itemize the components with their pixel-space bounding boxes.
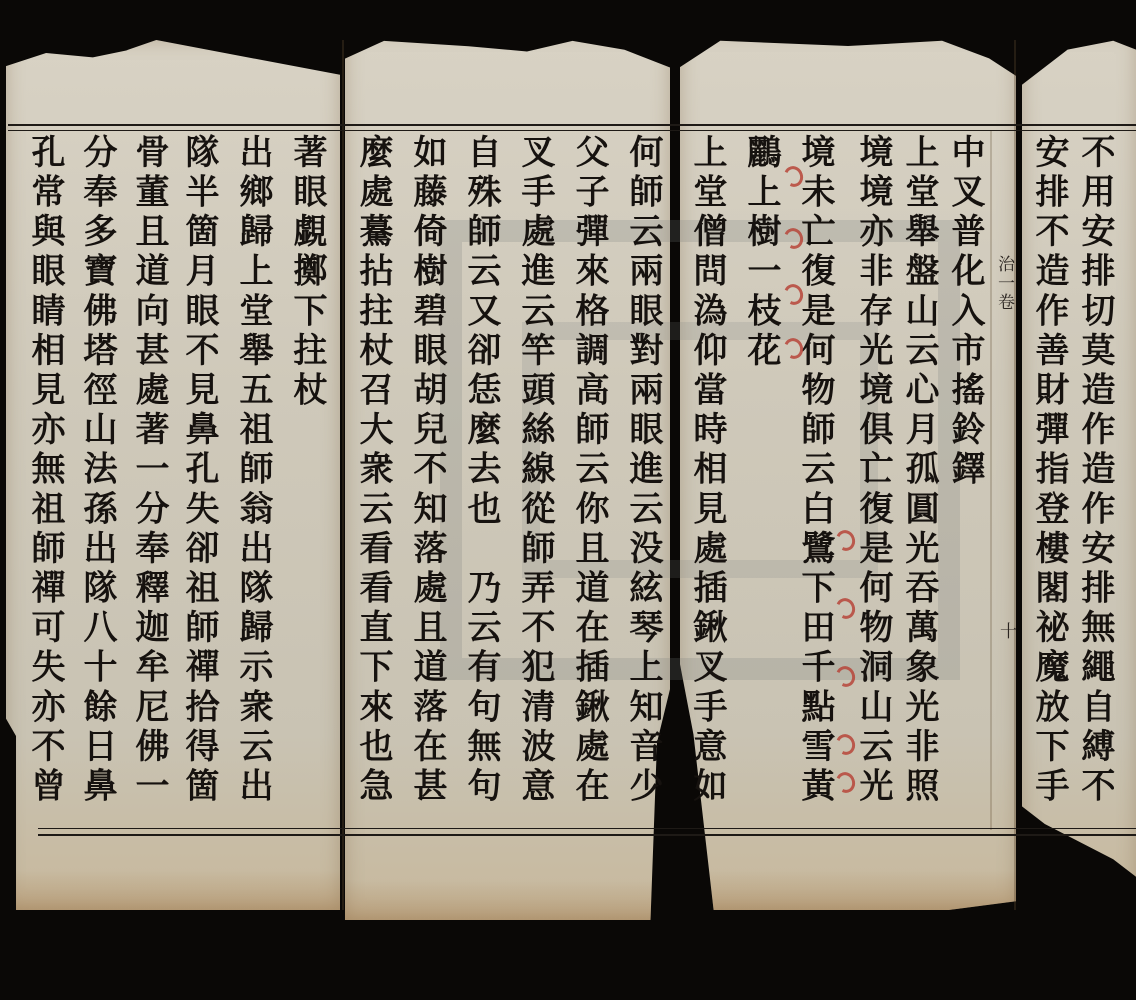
- text-column: 麼處驀拈拄杖召大衆云看看直下來也急: [356, 134, 390, 807]
- text-column: 不用安排切莫造作造作安排無繩自縛不: [1078, 134, 1112, 807]
- text-column: 出鄉歸上堂舉五祖師翁出隊歸示衆云出: [236, 134, 270, 807]
- text-column: 骨董且道向甚處著一分奉釋迦牟尼佛一: [132, 134, 166, 807]
- fold-crease: [1014, 40, 1016, 910]
- text-column: 鸝上樹一枝花: [744, 134, 778, 372]
- bottom-border-rule: [38, 834, 1136, 836]
- text-column: 中叉普化入市搖鈴鐸: [948, 134, 982, 490]
- text-column: 孔常與眼睛相見亦無祖師禪可失亦不曾: [28, 134, 62, 807]
- text-column: 安排不造作善財彈指登樓閣祕魔放下手: [1032, 134, 1066, 807]
- page-number: 十: [994, 622, 1019, 641]
- gutter-title-note: 治一卷: [992, 255, 1017, 312]
- text-column: 境未亡復是何物師云白鷺下田千點雪黃: [798, 134, 832, 807]
- text-column: 父子彈來格調高師云你且道在插鍬處在: [572, 134, 606, 807]
- text-column: 上堂僧問溈仰當時相見處插鍬叉手意如: [690, 134, 724, 807]
- text-column: 上堂舉盤山云心月孤圓光吞萬象光非照: [902, 134, 936, 807]
- text-column: 境境亦非存光境俱亡復是何物洞山云光: [856, 134, 890, 807]
- text-column: 自殊師云又卻恁麼去也 乃云有句無句: [464, 134, 498, 807]
- text-column: 著眼覷擲下拄杖: [290, 134, 324, 411]
- text-column: 何師云兩眼對兩眼進云没絃琴上知音少: [626, 134, 660, 807]
- top-border-rule: [8, 124, 1136, 126]
- text-column: 如藤倚樹碧眼胡兒不知落處且道落在甚: [410, 134, 444, 807]
- scanned-book-spread: 不用安排切莫造作造作安排無繩自縛不 安排不造作善財彈指登樓閣祕魔放下手 治一卷 …: [0, 0, 1136, 1000]
- folio-2-paper: [345, 32, 670, 920]
- fold-crease: [342, 40, 344, 910]
- bottom-border-rule-inner: [38, 828, 1136, 829]
- gutter-line: [990, 130, 992, 830]
- text-column: 分奉多寶佛塔徑山法孫出隊八十餘日鼻: [80, 134, 114, 807]
- text-column: 隊半箇月眼不見鼻孔失卻祖師禪拾得箇: [182, 134, 216, 807]
- top-border-rule-inner: [8, 130, 1136, 131]
- text-column: 叉手處進云竿頭絲線從師弄不犯清波意: [518, 134, 552, 807]
